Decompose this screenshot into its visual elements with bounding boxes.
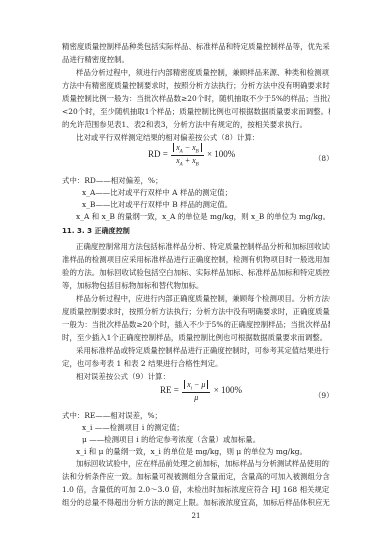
section-heading: 11. 3. 3 正确度控制 <box>62 227 330 236</box>
formula-rd: RD = xA − xB xA + xB × 100% <box>148 143 235 167</box>
equation-number: （9） <box>314 390 333 401</box>
formula-lhs: RD = <box>148 149 168 159</box>
formula-re: RE = xi − μ μ × 100% <box>160 380 242 402</box>
text-line: 方法中有精密度质量控制要求时，按照分析方法执行；分析方法中没有明确要求时，精密度 <box>62 81 330 90</box>
text-line: 验的方法。加标回收试验包括空白加标、实际样品加标、标准样品加标和特定质控样品加标 <box>62 268 330 277</box>
text-line: x_i 和 μ 的量纲一致，x_i 的单位是 mg/kg，则 μ 的单位为 mg… <box>76 447 330 456</box>
text-line: 定，也可参考表 1 和表 2 结果进行合格性判定。 <box>62 359 330 368</box>
text-line: 正确度控制常用方法包括标准样品分析、特定质量控制样品分析和加标回收试验。有标 <box>76 242 330 251</box>
text-line: 精密度质量控制样品种类包括实际样品、标准样品和特定质量控制样品等，优先采用实际样 <box>62 42 330 51</box>
text-line: 质量控制比例一般为：当批次样品数≥20个时，随机抽取不少于5%的样品；当批次样品… <box>62 94 330 103</box>
formula-multiplier: × 100% <box>207 149 235 159</box>
text-line: 组分的总量不得超出分析方法的测定上限。加标液浓度宜高，加标后样品体积应无显著变化… <box>62 498 330 507</box>
formula-fraction: xi − μ μ <box>182 380 210 402</box>
text-line: 加标回收试验中，应在样品前处理之前加标，加标样品与分析测试样品使用的前处理方 <box>76 459 330 468</box>
formula-fraction: xA − xB xA + xB <box>171 143 204 167</box>
text-line: 样品分析过程中，须进行内部精密度质量控制，兼顾样品来源、种类和检测项目。分析 <box>76 68 330 77</box>
text-line: <20个时，至少随机抽取1个样品；质量控制比例也可根据数据质量要求而调整。相对偏… <box>62 107 330 116</box>
text-line: x_i ——检测项目 i 的测定值； <box>82 423 330 432</box>
text-line: 式中：RE——相对误差，%； <box>62 411 330 420</box>
formula-lhs: RE = <box>160 385 179 395</box>
text-line: 1.0 倍，含量低的可加 2.0～3.0 倍，未检出时加标浓度应符合 HJ 16… <box>62 485 330 494</box>
text-line: 比对或平行双样测定结果的相对偏差按公式（8）计算： <box>76 133 330 142</box>
text-line: 准样品的检测项目应采用标准样品进行正确度控制，检测有机物项目时一般选用加标回收试 <box>62 255 330 264</box>
text-line: 采用标准样品或特定质量控制样品进行正确度控制时，可参考其定值结果进行合格性判 <box>76 346 330 355</box>
text-line: 等，加标物包括目标物加标和替代物加标。 <box>62 281 330 290</box>
text-line: 样品分析过程中，应进行内部正确度质量控制，兼顾每个检测项目。分析方法中有正确 <box>76 294 330 303</box>
text-line: μ ——检测项目 i 的给定参考浓度（含量）或加标量。 <box>82 435 330 444</box>
text-line: 度质量控制要求时，按照分析方法执行；分析方法中没有明确要求时，正确度质量控制比例 <box>62 307 330 316</box>
text-line: x_A——比对或平行双样中 A 样品的测定值； <box>82 188 330 197</box>
text-line: 法和分析条件应一致。加标量可视被测组分含量而定，含量高的可加入被测组分含量的 0… <box>62 472 330 481</box>
text-line: 一般为：当批次样品数≥20个时，插入不少于5%的正确度控制样品；当批次样品数<2… <box>62 320 330 329</box>
document-page: 精密度质量控制样品种类包括实际样品、标准样品和特定质量控制样品等，优先采用实际样… <box>0 0 390 551</box>
formula-multiplier: × 100% <box>214 385 242 395</box>
text-line: x_A 和 x_B 的量纲一致，x_A 的单位是 mg/kg，则 x_B 的单位… <box>76 212 330 221</box>
text-line: 式中：RD——相对偏差，%； <box>62 176 330 185</box>
text-line: 时，至少插入1个正确度控制样品，质量控制比例也可根据数据质量要求而调整。 <box>62 333 330 342</box>
text-line: 品进行精密度控制。 <box>62 55 330 64</box>
text-line: 的允许范围参见表1、表2和表3，分析方法中有规定的，按相关要求执行。 <box>62 120 330 129</box>
text-line: x_B——比对或平行双样中 B 样品的测定值。 <box>82 200 330 209</box>
page-number: 21 <box>186 512 206 520</box>
equation-number: （8） <box>314 153 333 164</box>
